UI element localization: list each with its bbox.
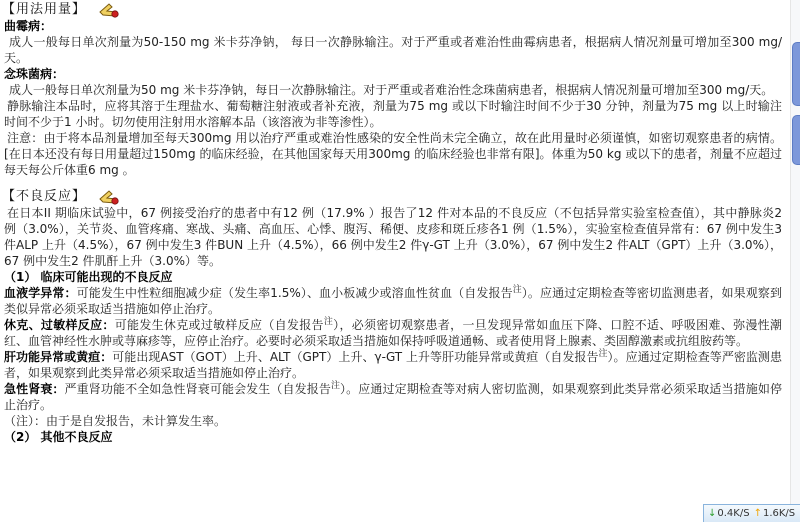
scrollbar-thumb[interactable] (792, 115, 800, 165)
usage-paragraph-aspergillosis-dose: 成人一般每日单次剂量为50-150 mg 米卡芬净钠， 每日一次静脉输注。对于严… (4, 34, 782, 66)
download-speed-value: 0.4K/S (717, 508, 749, 519)
note-superscript: 注 (598, 349, 607, 359)
adverse-item-acute-renal-failure: 急性肾衰：严重肾功能不全如急性肾衰可能会发生（自发报告注）。应通过定期检查等对病… (4, 381, 782, 413)
download-arrow-icon: ↓ (708, 508, 716, 519)
network-speed-widget[interactable]: ↓ 0.4K/S ↑ 1.6K/S (703, 504, 800, 522)
subhead-other-adverse-reactions: （2） 其他不良反应 (4, 429, 782, 445)
adverse-item-text: 可能发生中性粒细胞减少症（发生率1.5%）、血小板减少或溶血性贫血（自发报告 (77, 286, 513, 300)
usage-heading-text: 【用法用量】 (2, 2, 86, 18)
adverse-item-lead: 休克、过敏样反应： (4, 318, 115, 332)
scrollbar-thumb[interactable] (792, 42, 800, 106)
adverse-item-shock-anaphylaxis: 休克、过敏样反应：可能发生休克或过敏样反应（自发报告注），必须密切观察患者，一旦… (4, 317, 782, 349)
adverse-item-text: 可能出现AST（GOT）上升、ALT（GPT）上升、γ-GT 上升等肝功能异常或… (112, 350, 598, 364)
pointing-hand-icon (98, 2, 120, 18)
section-heading-usage: 【用法用量】 (2, 2, 782, 18)
upload-arrow-icon: ↑ (754, 508, 762, 519)
adverse-heading-text: 【不良反应】 (2, 189, 86, 205)
adverse-item-lead: 急性肾衰： (4, 382, 65, 396)
adverse-intro-paragraph: 在日本II 期临床试验中，67 例接受治疗的患者中有12 例（17.9% ）报告… (4, 205, 782, 269)
usage-paragraph-caution: 注意：由于将本品剂量增加至每天300mg 用以治疗严重或难治性感染的安全性尚未完… (4, 130, 782, 178)
usage-paragraph-candidiasis-dose: 成人一般每日单次剂量为50 mg 米卡芬净钠，每日一次静脉输注。对于严重或者难治… (4, 82, 782, 98)
usage-paragraph-infusion: 静脉输注本品时，应将其溶于生理盐水、葡萄糖注射液或者补充液，剂量为75 mg 或… (4, 98, 782, 130)
adverse-item-lead: 血液学异常： (4, 286, 77, 300)
note-superscript: 注 (324, 317, 333, 327)
section-heading-adverse-reactions: 【不良反应】 (2, 189, 782, 205)
pointing-hand-icon (98, 189, 120, 205)
adverse-item-hematology: 血液学异常：可能发生中性粒细胞减少症（发生率1.5%）、血小板减少或溶血性贫血（… (4, 285, 782, 317)
adverse-item-liver-jaundice: 肝功能异常或黄疸：可能出现AST（GOT）上升、ALT（GPT）上升、γ-GT … (4, 349, 782, 381)
subhead-aspergillosis: 曲霉病： (4, 18, 782, 34)
upload-speed-value: 1.6K/S (763, 508, 795, 519)
adverse-item-text: 严重肾功能不全如急性肾衰可能会发生（自发报告 (65, 382, 331, 396)
footnote-spontaneous-report: （注）：由于是自发报告，未计算发生率。 (4, 413, 782, 429)
vertical-scrollbar[interactable] (790, 0, 800, 522)
drug-leaflet-document: 【用法用量】 曲霉病： 成人一般每日单次剂量为50-150 mg 米卡芬净钠， … (0, 0, 790, 445)
note-superscript: 注 (331, 381, 340, 391)
adverse-item-text: 可能发生休克或过敏样反应（自发报告 (115, 318, 324, 332)
subhead-clinical-adverse-reactions: （1） 临床可能出现的不良反应 (4, 269, 782, 285)
subhead-candidiasis: 念珠菌病： (4, 66, 782, 82)
note-superscript: 注 (513, 285, 522, 295)
adverse-item-lead: 肝功能异常或黄疸： (4, 350, 112, 364)
